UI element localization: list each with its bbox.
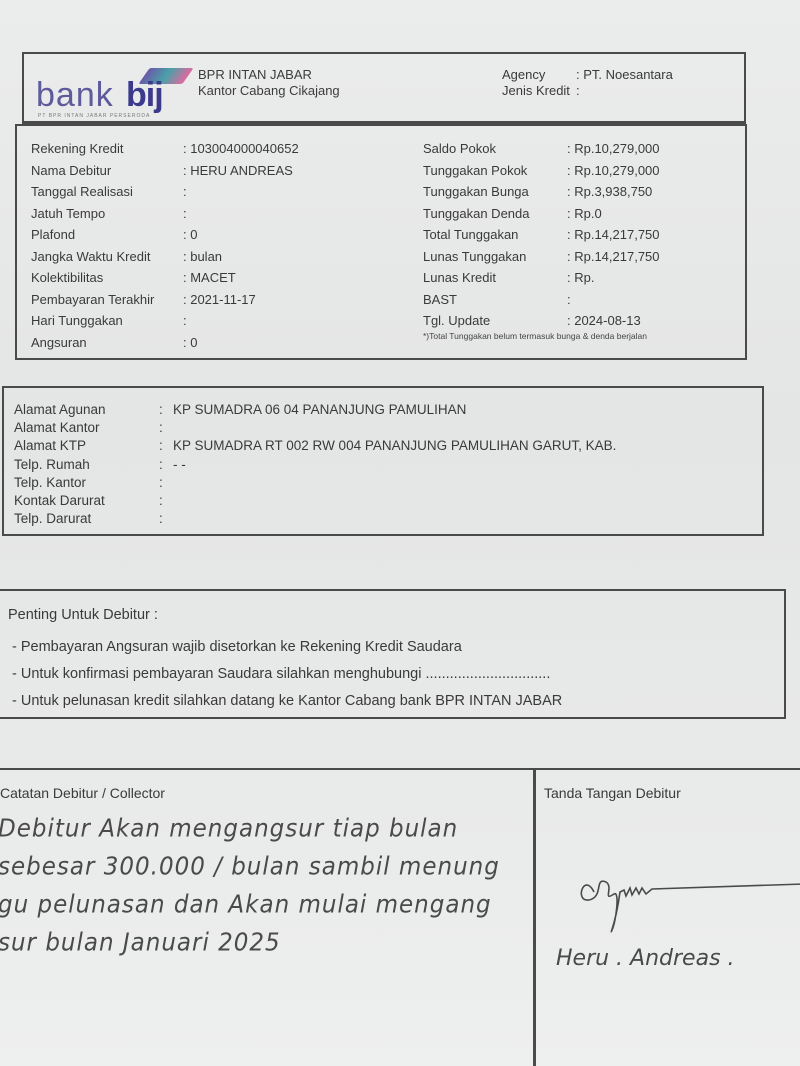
bank-logo: bank bij PT BPR INTAN JABAR PERSERODA	[36, 68, 186, 118]
important-item: - Pembayaran Angsuran wajib disetorkan k…	[12, 633, 562, 660]
branch-name: Kantor Cabang Cikajang	[198, 83, 340, 99]
angsuran-label: Angsuran	[31, 335, 183, 350]
telp-rumah-separator: :	[159, 457, 173, 472]
telp-darurat-row: Telp. Darurat:	[14, 510, 616, 528]
account-right-column: Saldo Pokok: Rp.10,279,000Tunggakan Poko…	[423, 138, 660, 332]
important-item: - Untuk konfirmasi pembayaran Saudara si…	[12, 660, 562, 687]
collector-notes-box: Catatan Debitur / Collector Debitur Akan…	[0, 768, 536, 1066]
alamat-agunan-label: Alamat Agunan	[14, 402, 159, 417]
plafond-row: Plafond: 0	[31, 224, 299, 246]
address-box: Alamat Agunan:KP SUMADRA 06 04 PANANJUNG…	[2, 386, 764, 536]
tanggal-realisasi-label: Tanggal Realisasi	[31, 184, 183, 199]
lunas-kredit-row: Lunas Kredit: Rp.	[423, 267, 660, 289]
saldo-pokok-value: : Rp.10,279,000	[567, 141, 660, 156]
tunggakan-pokok-row: Tunggakan Pokok: Rp.10,279,000	[423, 160, 660, 182]
document-page: bank bij PT BPR INTAN JABAR PERSERODA BP…	[0, 0, 800, 1066]
tunggakan-denda-label: Tunggakan Denda	[423, 206, 567, 221]
alamat-agunan-value: KP SUMADRA 06 04 PANANJUNG PAMULIHAN	[173, 402, 466, 417]
telp-darurat-label: Telp. Darurat	[14, 511, 159, 526]
total-tunggakan-label: Total Tunggakan	[423, 227, 567, 242]
jatuh-tempo-label: Jatuh Tempo	[31, 206, 183, 221]
telp-rumah-label: Telp. Rumah	[14, 457, 159, 472]
pembayaran-terakhir-row: Pembayaran Terakhir: 2021-11-17	[31, 289, 299, 311]
alamat-kantor-label: Alamat Kantor	[14, 420, 159, 435]
nama-debitur-label: Nama Debitur	[31, 163, 183, 178]
signature-title: Tanda Tangan Debitur	[544, 785, 681, 801]
angsuran-value: : 0	[183, 335, 197, 350]
hari-tunggakan-label: Hari Tunggakan	[31, 313, 183, 328]
important-list: - Pembayaran Angsuran wajib disetorkan k…	[12, 633, 562, 714]
kontak-darurat-separator: :	[159, 493, 173, 508]
lunas-tunggakan-label: Lunas Tunggakan	[423, 249, 567, 264]
tanggal-realisasi-value: :	[183, 184, 187, 199]
jatuh-tempo-row: Jatuh Tempo:	[31, 203, 299, 225]
handwritten-line: sur bulan Januari 2025	[0, 922, 538, 964]
alamat-ktp-label: Alamat KTP	[14, 438, 159, 453]
bast-value: :	[567, 292, 571, 307]
agency-label: Agency	[502, 67, 576, 83]
tgl-update-row: Tgl. Update: 2024-08-13	[423, 310, 660, 332]
handwritten-note: Debitur Akan mengangsur tiap bulansebesa…	[0, 810, 538, 962]
hari-tunggakan-value: :	[183, 313, 187, 328]
alamat-agunan-row: Alamat Agunan:KP SUMADRA 06 04 PANANJUNG…	[14, 400, 616, 418]
kolektibilitas-value: : MACET	[183, 270, 236, 285]
signed-name: Heru . Andreas .	[556, 946, 735, 971]
handwritten-line: sebesar 300.000 / bulan sambil menung	[0, 846, 538, 888]
telp-darurat-separator: :	[159, 511, 173, 526]
telp-rumah-value: - -	[173, 457, 186, 472]
angsuran-row: Angsuran: 0	[31, 332, 299, 354]
lunas-kredit-label: Lunas Kredit	[423, 270, 567, 285]
pembayaran-terakhir-label: Pembayaran Terakhir	[31, 292, 183, 307]
account-left-column: Rekening Kredit: 103004000040652Nama Deb…	[31, 138, 299, 353]
jenis-kredit-value: :	[576, 83, 580, 99]
total-tunggakan-value: : Rp.14,217,750	[567, 227, 660, 242]
tunggakan-pokok-label: Tunggakan Pokok	[423, 163, 567, 178]
kolektibilitas-label: Kolektibilitas	[31, 270, 183, 285]
saldo-pokok-label: Saldo Pokok	[423, 141, 567, 156]
tunggakan-denda-value: : Rp.0	[567, 206, 602, 221]
important-title: Penting Untuk Debitur :	[8, 607, 158, 623]
telp-kantor-separator: :	[159, 475, 173, 490]
lunas-kredit-value: : Rp.	[567, 270, 594, 285]
total-tunggakan-row: Total Tunggakan: Rp.14,217,750	[423, 224, 660, 246]
plafond-value: : 0	[183, 227, 197, 242]
tgl-update-label: Tgl. Update	[423, 313, 567, 328]
alamat-ktp-value: KP SUMADRA RT 002 RW 004 PANANJUNG PAMUL…	[173, 438, 616, 453]
rekening-kredit-value: : 103004000040652	[183, 141, 299, 156]
handwritten-line: Debitur Akan mengangsur tiap bulan	[0, 808, 538, 850]
saldo-pokok-row: Saldo Pokok: Rp.10,279,000	[423, 138, 660, 160]
address-list: Alamat Agunan:KP SUMADRA 06 04 PANANJUNG…	[14, 400, 616, 528]
pembayaran-terakhir-value: : 2021-11-17	[183, 292, 256, 307]
rekening-kredit-label: Rekening Kredit	[31, 141, 183, 156]
tgl-update-value: : 2024-08-13	[567, 313, 641, 328]
alamat-kantor-row: Alamat Kantor:	[14, 418, 616, 436]
jenis-kredit-label: Jenis Kredit	[502, 83, 576, 99]
bast-row: BAST:	[423, 289, 660, 311]
important-notice-box: Penting Untuk Debitur : - Pembayaran Ang…	[0, 589, 786, 719]
header-box: bank bij PT BPR INTAN JABAR PERSERODA BP…	[22, 52, 746, 124]
lunas-tunggakan-value: : Rp.14,217,750	[567, 249, 660, 264]
logo-text-bij: bij	[126, 76, 163, 115]
signature-scribble-icon	[554, 862, 800, 942]
tunggakan-pokok-value: : Rp.10,279,000	[567, 163, 660, 178]
notes-title: Catatan Debitur / Collector	[0, 785, 165, 801]
jangka-waktu-kredit-value: : bulan	[183, 249, 222, 264]
jangka-waktu-kredit-row: Jangka Waktu Kredit: bulan	[31, 246, 299, 268]
agency-info: Agency : PT. Noesantara Jenis Kredit :	[502, 67, 673, 99]
lunas-tunggakan-row: Lunas Tunggakan: Rp.14,217,750	[423, 246, 660, 268]
telp-kantor-label: Telp. Kantor	[14, 475, 159, 490]
jatuh-tempo-value: :	[183, 206, 187, 221]
agency-value: : PT. Noesantara	[576, 67, 673, 83]
alamat-kantor-separator: :	[159, 420, 173, 435]
telp-kantor-row: Telp. Kantor:	[14, 473, 616, 491]
bast-label: BAST	[423, 292, 567, 307]
jangka-waktu-kredit-label: Jangka Waktu Kredit	[31, 249, 183, 264]
account-details-box: Rekening Kredit: 103004000040652Nama Deb…	[15, 124, 747, 360]
hari-tunggakan-row: Hari Tunggakan:	[31, 310, 299, 332]
kontak-darurat-row: Kontak Darurat:	[14, 491, 616, 509]
handwritten-line: gu pelunasan dan Akan mulai mengang	[0, 884, 538, 926]
tanggal-realisasi-row: Tanggal Realisasi:	[31, 181, 299, 203]
plafond-label: Plafond	[31, 227, 183, 242]
bank-name: BPR INTAN JABAR	[198, 67, 340, 83]
alamat-ktp-row: Alamat KTP:KP SUMADRA RT 002 RW 004 PANA…	[14, 437, 616, 455]
logo-tagline: PT BPR INTAN JABAR PERSERODA	[38, 113, 150, 119]
telp-rumah-row: Telp. Rumah: - -	[14, 455, 616, 473]
bank-info: BPR INTAN JABAR Kantor Cabang Cikajang	[198, 67, 340, 99]
alamat-agunan-separator: :	[159, 402, 173, 417]
rekening-kredit-row: Rekening Kredit: 103004000040652	[31, 138, 299, 160]
tunggakan-denda-row: Tunggakan Denda: Rp.0	[423, 203, 660, 225]
signature-box: Tanda Tangan Debitur Heru . Andreas .	[534, 768, 800, 1066]
important-item: - Untuk pelunasan kredit silahkan datang…	[12, 687, 562, 714]
nama-debitur-row: Nama Debitur: HERU ANDREAS	[31, 160, 299, 182]
kontak-darurat-label: Kontak Darurat	[14, 493, 159, 508]
alamat-ktp-separator: :	[159, 438, 173, 453]
tunggakan-bunga-row: Tunggakan Bunga: Rp.3,938,750	[423, 181, 660, 203]
tunggakan-bunga-value: : Rp.3,938,750	[567, 184, 652, 199]
tunggakan-bunga-label: Tunggakan Bunga	[423, 184, 567, 199]
footnote: *)Total Tunggakan belum termasuk bunga &…	[423, 331, 647, 341]
kolektibilitas-row: Kolektibilitas: MACET	[31, 267, 299, 289]
nama-debitur-value: : HERU ANDREAS	[183, 163, 293, 178]
logo-text-bank: bank	[36, 76, 114, 115]
